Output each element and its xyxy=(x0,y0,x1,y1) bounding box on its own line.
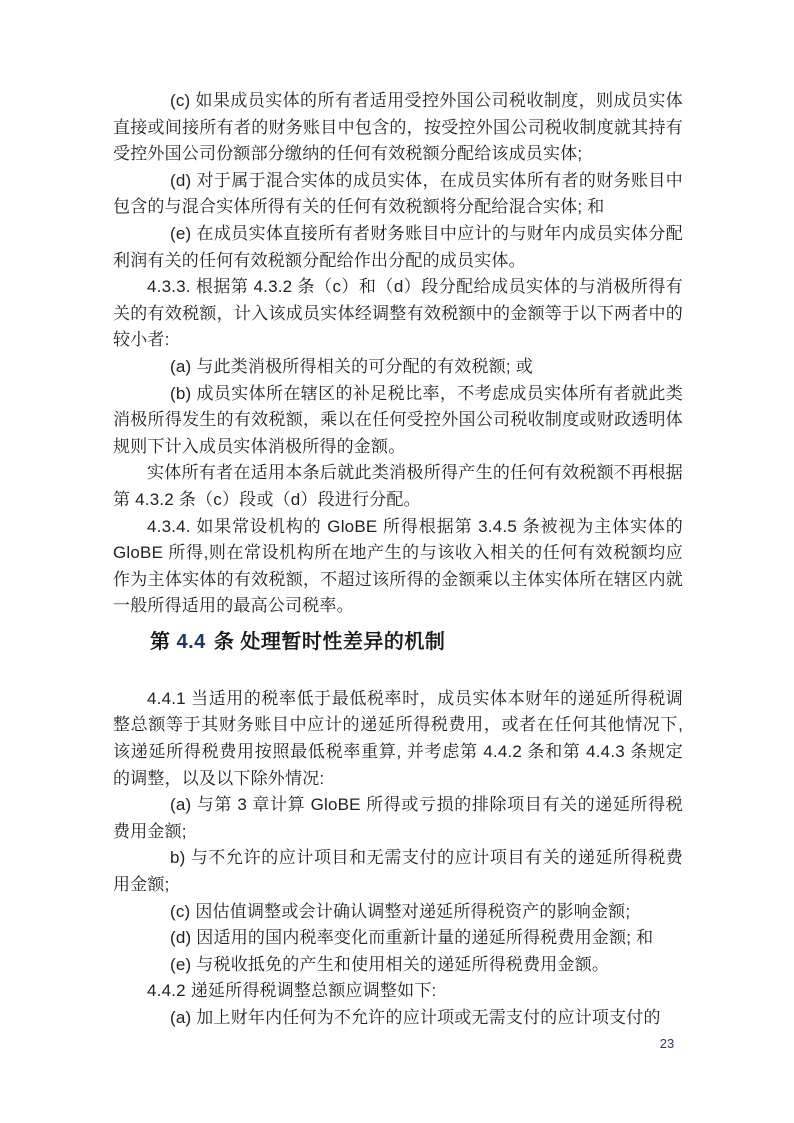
clause-a-excluded-items: (a) 与第 3 章计算 GloBE 所得或亏损的排除项目有关的递延所得税费用金… xyxy=(113,792,683,845)
article-4-3-3: 4.3.3. 根据第 4.3.2 条（c）和（d）段分配给成员实体的与消极所得有… xyxy=(113,274,683,354)
document-body: (c) 如果成员实体的所有者适用受控外国公司税收制度，则成员实体直接或间接所有者… xyxy=(113,88,683,1032)
clause-c-cfc-tax-allocation: (c) 如果成员实体的所有者适用受控外国公司税收制度，则成员实体直接或间接所有者… xyxy=(113,88,683,168)
clause-e-distribution-tax: (e) 在成员实体直接所有者财务账目中应计的与财年内成员实体分配利润有关的任何有… xyxy=(113,221,683,274)
article-4-4-2: 4.4.2 递延所得税调整总额应调整如下: xyxy=(113,978,683,1005)
clause-d-hybrid-entity: (d) 对于属于混合实体的成员实体，在成员实体所有者的财务账目中包含的与混合实体… xyxy=(113,168,683,221)
page-number: 23 xyxy=(652,1035,682,1053)
clause-d-tax-rate-change: (d) 因适用的国内税率变化而重新计量的递延所得税费用金额; 和 xyxy=(113,925,683,952)
clause-b-topup-tax-percentage: (b) 成员实体所在辖区的补足税比率，不考虑成员实体所有者就此类消极所得发生的有… xyxy=(113,381,683,461)
clause-c-valuation-adjustment: (c) 因估值调整或会计确认调整对递延所得税资产的影响金额; xyxy=(113,899,683,926)
clause-e-tax-credits: (e) 与税收抵免的产生和使用相关的递延所得税费用金额。 xyxy=(113,952,683,979)
paragraph-owner-no-reallocation: 实体所有者在适用本条后就此类消极所得产生的任何有效税额不再根据第 4.3.2 条… xyxy=(113,460,683,513)
article-4-4-1: 4.4.1 当适用的税率低于最低税率时，成员实体本财年的递延所得税调整总额等于其… xyxy=(113,686,683,792)
clause-a-addition-disallowed-accrual: (a) 加上财年内任何为不允许的应计项或无需支付的应计项支付的 xyxy=(113,1005,683,1032)
heading-suffix: 条 处理暂时性差异的机制 xyxy=(214,631,446,653)
section-heading-article-4-4: 第4.4条 处理暂时性差异的机制 xyxy=(113,628,683,656)
clause-b-disallowed-accruals: b) 与不允许的应计项目和无需支付的应计项目有关的递延所得税费用金额; xyxy=(113,845,683,898)
clause-a-allocable-covered-tax: (a) 与此类消极所得相关的可分配的有效税额; 或 xyxy=(113,354,683,381)
heading-prefix: 第 xyxy=(150,631,171,653)
document-page: (c) 如果成员实体的所有者适用受控外国公司税收制度，则成员实体直接或间接所有者… xyxy=(0,0,794,1123)
heading-number: 4.4 xyxy=(177,631,206,653)
article-4-3-4: 4.3.4. 如果常设机构的 GloBE 所得根据第 3.4.5 条被视为主体实… xyxy=(113,514,683,620)
